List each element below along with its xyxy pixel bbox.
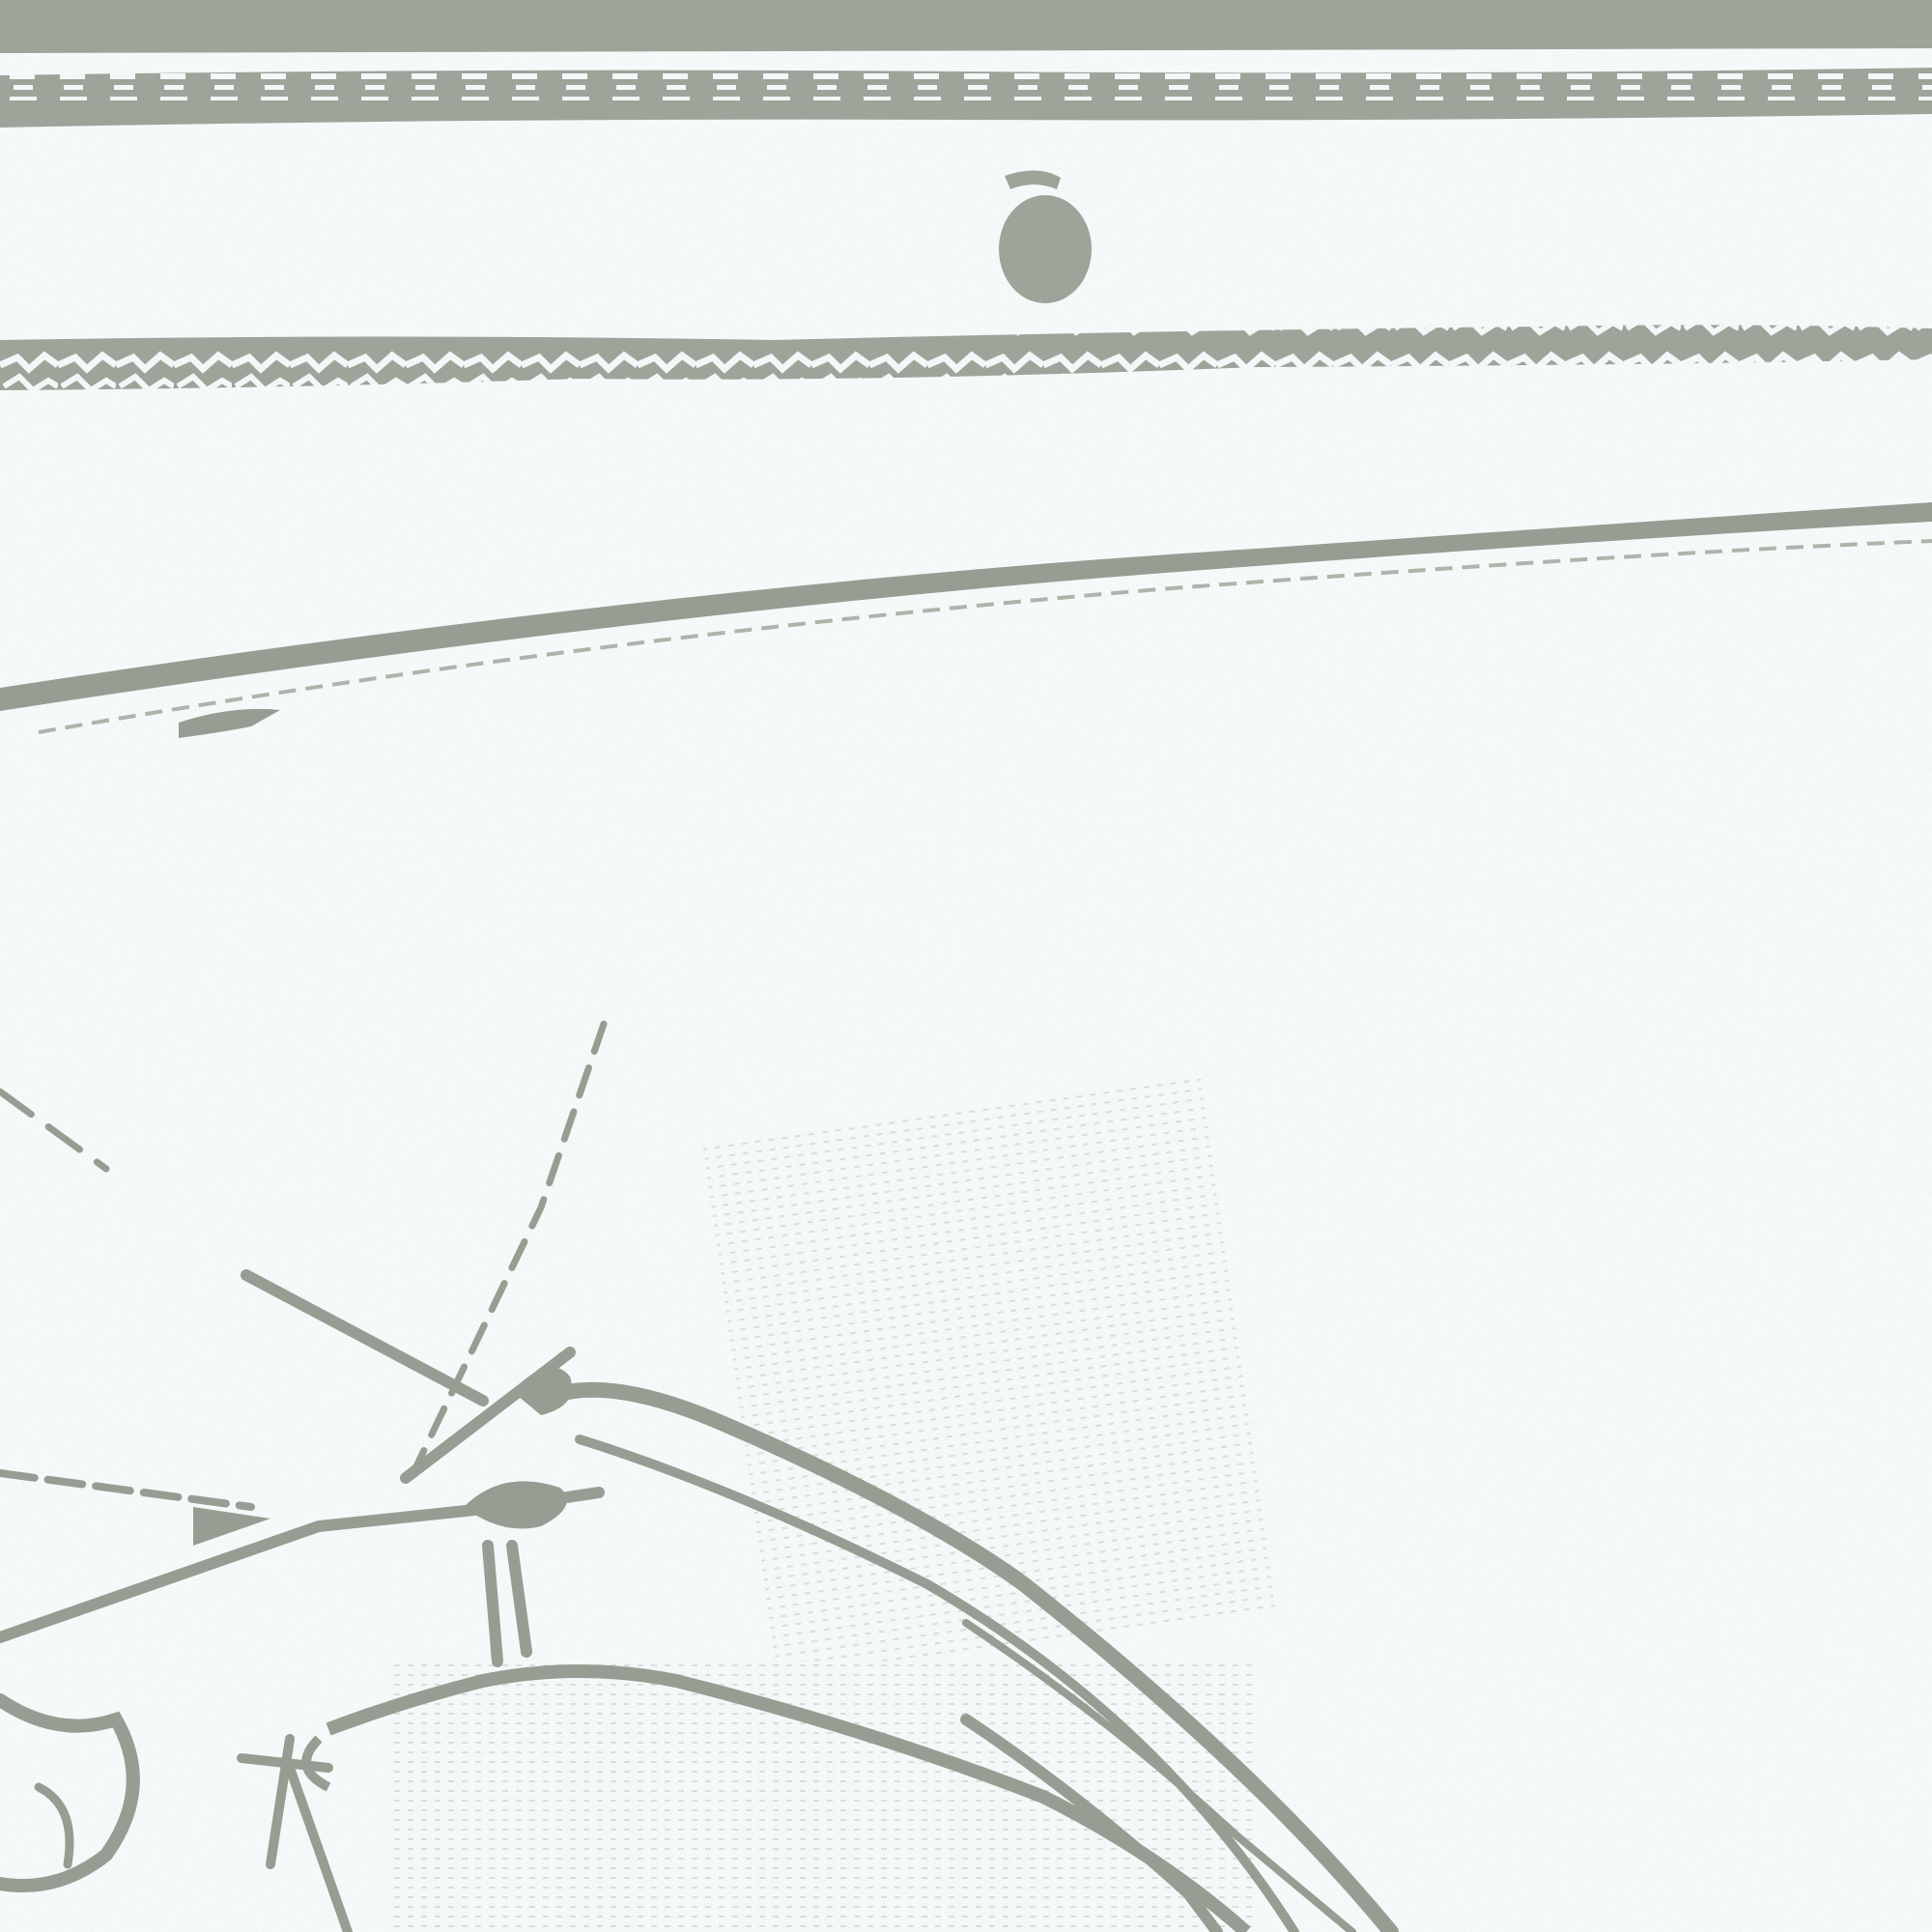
artwork-canvas (0, 0, 1932, 1932)
